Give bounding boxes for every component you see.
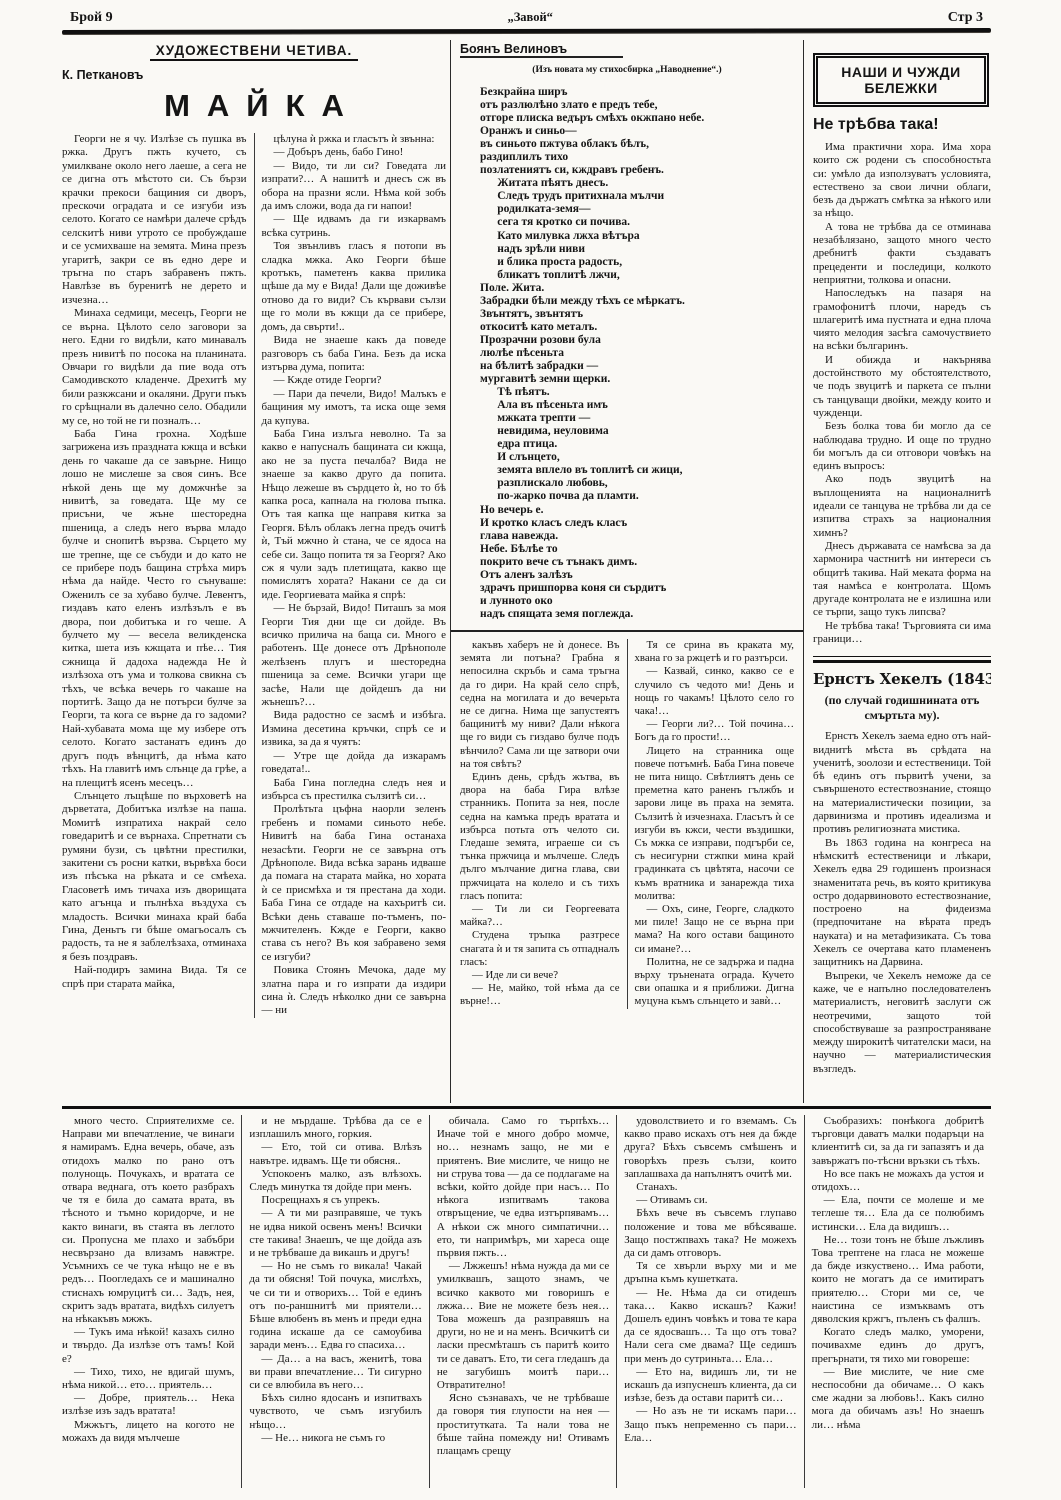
obituary-paragraph: Въ 1863 година на конгреса на нѣмскитѣ е… xyxy=(813,837,991,970)
bottom-column-2: и не мърдаше. Трѣбва да се е изплашилъ м… xyxy=(241,1115,428,1488)
poem-line: Отъ аленъ залѣзъ xyxy=(480,569,794,582)
poem-line: и лунното око xyxy=(480,595,794,608)
poet-name-wrap: Боянъ Велиновъ xyxy=(460,40,794,58)
poem-line: Оранжъ и синьо— xyxy=(480,125,794,138)
story-section: ХУДОЖЕСТВЕНИ ЧЕТИВА. К. Петкановъ МАЙКА … xyxy=(62,40,446,1103)
poem-line: родилката-земя— xyxy=(480,203,794,216)
story-column-1: Георги не я чу. Излѣзе съ пушка въ ржка.… xyxy=(62,133,254,1018)
obituary-body: Ернстъ Хекелъ заема едно отъ най-виднитѣ… xyxy=(813,730,991,1076)
story-paragraph: — Ти ли си Георгеевата майка?… xyxy=(460,903,620,929)
note-paragraph: Днесъ държавата се намѣсва за да хармони… xyxy=(813,540,991,620)
notes-box-title: НАШИ И ЧУЖДИ БЕЛЕЖКИ xyxy=(813,53,989,107)
obituary-title: Ернстъ Хекелъ (1843-1895) xyxy=(813,670,991,688)
bottom-paragraph: — Да… а на васъ, женитѣ, това ви прави в… xyxy=(249,1353,421,1393)
story-paragraph: — Охъ, сине, Георге, сладкото ми пиле! З… xyxy=(635,903,795,956)
poem-source-note: (Изъ новата му стихосбирка „Наводнение“.… xyxy=(460,65,794,75)
bottom-paragraph: — Тукъ има нѣкой! казахъ силно и твърдо.… xyxy=(62,1326,234,1366)
bottom-paragraph: Съобразихъ: понѣкога добритѣ търговци да… xyxy=(812,1115,984,1168)
story-column-4: Тя се срина въ краката му, хвана го за р… xyxy=(627,639,795,1009)
bottom-paragraph: Посрещнахъ я съ упрекъ. xyxy=(249,1194,421,1207)
story-title: МАЙКА xyxy=(62,88,446,124)
story-paragraph: Минаха седмици, месецъ, Георги не се вър… xyxy=(62,307,247,428)
poem-line: здрачъ пришпорва коня си сърдитъ xyxy=(480,582,794,595)
poem-line: Прозрачни розови була xyxy=(480,334,794,347)
bottom-paragraph: обичала. Само го търпѣхъ… Иначе той е мн… xyxy=(437,1115,609,1260)
main-content: ХУДОЖЕСТВЕНИ ЧЕТИВА. К. Петкановъ МАЙКА … xyxy=(62,40,991,1103)
poem-line: глава навежда. xyxy=(480,530,794,543)
bottom-paragraph: Ясно съзнавахъ, че не трѣбваше да говоря… xyxy=(437,1392,609,1458)
bottom-paragraph: удоволствието и го вземамъ. Съ какво пра… xyxy=(624,1115,796,1181)
poem-story-divider xyxy=(451,630,803,632)
bottom-paragraph: и не мърдаше. Трѣбва да се е изплашилъ м… xyxy=(249,1115,421,1141)
bottom-section-divider xyxy=(62,1106,991,1109)
story-paragraph: — Кжде отиде Георги? xyxy=(262,374,447,387)
poem-body: Безкрайна ширъотъ разлюлѣно злато е пред… xyxy=(460,86,794,621)
story-paragraph: Пролѣтьта цъфна наорли зеленъ гребенъ и … xyxy=(262,803,447,964)
bottom-paragraph: — Ето, той си отива. Влѣзъ навътре. идва… xyxy=(249,1141,421,1167)
articles-divider xyxy=(813,656,991,663)
note-paragraph: Безъ болка това би могло да се наблюдава… xyxy=(813,420,991,473)
bottom-column-3: обичала. Само го търпѣхъ… Иначе той е мн… xyxy=(429,1115,616,1488)
poem-line: и блика проста радость, xyxy=(480,256,794,269)
note-paragraph: Ако подъ звуцитѣ на въплощенията на наци… xyxy=(813,473,991,539)
poem-line: въ синьото пжтува облакъ бѣлъ, xyxy=(480,138,794,151)
bottom-paragraph: — Ето на, видишъ ли, ти не искашъ да изп… xyxy=(624,1366,796,1406)
bottom-paragraph: — Ела, почти се молеше и ме теглеше тя… … xyxy=(812,1194,984,1234)
story-paragraph: — Казвай, синко, какво се е случило съ ч… xyxy=(635,665,795,718)
page-number: Стр 3 xyxy=(948,10,983,26)
story-author: К. Петкановъ xyxy=(62,68,446,82)
story-column-2: цѣлуна ѝ ржка и гласътъ ѝ звънна:— Добър… xyxy=(254,133,447,1018)
section-header: ХУДОЖЕСТВЕНИ ЧЕТИВА. xyxy=(62,42,446,61)
poem-line: отъ разлюлѣно злато е предъ тебе, xyxy=(480,99,794,112)
poem-line: на бѣлитѣ забрадки — xyxy=(480,360,794,373)
bottom-paragraph: Но все пакъ не можахъ да устоя и отидохъ… xyxy=(812,1168,984,1194)
story-paragraph: — Утре ще дойда да изкарамъ говедата!.. xyxy=(262,750,447,777)
story-paragraph: Тоя звънливъ гласъ я потопи въ сладка мж… xyxy=(262,240,447,334)
poem-line: сега тя кротко си почива. xyxy=(480,216,794,229)
poem-line: по-жарко почва да пламти. xyxy=(480,490,794,503)
poem-line: позлатениятъ си, кждравъ гребенъ. xyxy=(480,164,794,177)
poem-line: Ала въ пѣсеньта имъ xyxy=(480,399,794,412)
note-paragraph: Има практични хора. Има хора които сж ро… xyxy=(813,141,991,221)
bottom-paragraph: — Не. Нѣма да си отидешъ така… Какво иск… xyxy=(624,1287,796,1366)
story-paragraph: — Иде ли си вече? xyxy=(460,969,620,982)
bottom-paragraph: Когато следъ малко, уморени, почивахме е… xyxy=(812,1326,984,1366)
story-column-3: какъвъ хаберъ не ѝ донесе. Въ земята ли … xyxy=(460,639,627,1009)
story-paragraph: Политна, не се задържа и падна върху тръ… xyxy=(635,956,795,1009)
poem-line: Но вечерь е. xyxy=(480,504,794,517)
note-paragraph: И обижда и накърнява достойнството му об… xyxy=(813,354,991,420)
bottom-paragraph: Станахъ. xyxy=(624,1181,796,1194)
bottom-column-4: удоволствието и го вземамъ. Съ какво пра… xyxy=(616,1115,803,1488)
poem-line: надъ зрѣли ниви xyxy=(480,243,794,256)
story-paragraph: Повика Стоянъ Мечока, даде му златна пар… xyxy=(262,964,447,1018)
poem-line: Житата пѣятъ днесъ. xyxy=(480,177,794,190)
poem-line: надъ спящата земя поглежда. xyxy=(480,608,794,621)
bottom-section: много често. Сприятелихме се. Направи ми… xyxy=(62,1115,991,1488)
story-paragraph: Вида не знаеше какъ да поведе разговоръ … xyxy=(262,334,447,374)
bottom-paragraph: — Но азъ не ти искамъ пари… Защо пъкъ не… xyxy=(624,1405,796,1445)
poet-name: Боянъ Велиновъ xyxy=(460,42,623,58)
page-header: Брой 9 „Завой“ Стр 3 xyxy=(62,10,991,26)
poem-line: невидима, неуловима xyxy=(480,425,794,438)
story-paragraph: Вида радостно се засмѣ и избѣга. Измина … xyxy=(262,709,447,749)
poem-section: Боянъ Велиновъ (Изъ новата му стихосбирк… xyxy=(450,40,804,1103)
poem-line: Следъ трудъ притихнала мълчи xyxy=(480,190,794,203)
issue-number: Брой 9 xyxy=(70,10,113,26)
note-paragraph: Напоследъкъ на пазаря на грамофонитѣ пло… xyxy=(813,287,991,353)
bottom-column-5: Съобразихъ: понѣкога добритѣ търговци да… xyxy=(804,1115,991,1488)
story-paragraph: Тя се срина въ краката му, хвана го за р… xyxy=(635,639,795,665)
bottom-paragraph: — Добре, приятель… Нека излѣзе изъ задъ … xyxy=(62,1392,234,1418)
poem-line: земята вплело въ топлитѣ си жици, xyxy=(480,464,794,477)
note-article-body: Има практични хора. Има хора които сж ро… xyxy=(813,141,991,646)
story-paragraph: — Георги ли?… Той почина… Богъ да го про… xyxy=(635,718,795,744)
poem-line: мургавитѣ земни щерки. xyxy=(480,373,794,386)
poem-line: И слънцето, xyxy=(480,451,794,464)
story-paragraph: — Добъръ день, бабо Гино! xyxy=(262,146,447,159)
poem-line: И кротко класъ следъ класъ xyxy=(480,517,794,530)
bottom-paragraph: много често. Сприятелихме се. Направи ми… xyxy=(62,1115,234,1326)
section-header-label: ХУДОЖЕСТВЕНИ ЧЕТИВА. xyxy=(150,43,359,61)
poem-line: Като милувка лжха вѣтъра xyxy=(480,230,794,243)
obituary-paragraph: Въпреки, че Хекелъ неможе да се каже, че… xyxy=(813,970,991,1076)
poem-line: покрито вече съ тънакъ димъ. xyxy=(480,556,794,569)
story-paragraph: — Пари да печели, Видо! Малъкъ е бащиния… xyxy=(262,388,447,428)
story-continuation-columns: какъвъ хаберъ не ѝ донесе. Въ земята ли … xyxy=(460,639,794,1009)
story-paragraph: какъвъ хаберъ не ѝ донесе. Въ земята ли … xyxy=(460,639,620,771)
story-paragraph: Най-подиръ замина Вида. Тя се спрѣ при с… xyxy=(62,964,247,991)
bottom-paragraph: — Но не съмъ го викала! Чакай да ти обяс… xyxy=(249,1260,421,1352)
bottom-paragraph: Бѣхъ силно ядосанъ и изпитвахъ чувството… xyxy=(249,1392,421,1432)
story-paragraph: Георги не я чу. Излѣзе съ пушка въ ржка.… xyxy=(62,133,247,307)
bottom-paragraph: Успокоенъ малко, азъ влѣзохъ. Следъ мину… xyxy=(249,1168,421,1194)
bottom-paragraph: — А ти ми разправяше, че тукъ не идва ни… xyxy=(249,1207,421,1260)
story-paragraph: цѣлуна ѝ ржка и гласътъ ѝ звънна: xyxy=(262,133,447,146)
poem-line: Забрадки бѣли между тѣхъ се мѣркатъ. xyxy=(480,295,794,308)
bottom-paragraph: — Не… никога не съмъ го xyxy=(249,1432,421,1445)
poem-line: отгоре плиска ведъръ смѣхъ окжпано небе. xyxy=(480,112,794,125)
poem-line: откоситѣ като металъ. xyxy=(480,321,794,334)
poem-line: разплискало любовь, xyxy=(480,477,794,490)
bottom-paragraph: — Тихо, тихо, не вдигай шумъ, нѣма никой… xyxy=(62,1366,234,1392)
masthead-title: „Завой“ xyxy=(507,10,552,25)
story-paragraph: Баба Гина погледна следъ нея и избърса с… xyxy=(262,777,447,804)
story-paragraph: Лицето на странника още повече потъмнѣ. … xyxy=(635,745,795,903)
poem-line: Безкрайна ширъ xyxy=(480,86,794,99)
masthead-rule xyxy=(62,28,991,34)
note-paragraph: Не трѣбва така! Търговията си има границ… xyxy=(813,620,991,647)
poem-line: Звънтятъ, звънтятъ xyxy=(480,308,794,321)
poem-line: бликатъ топлитѣ лжчи, xyxy=(480,269,794,282)
newspaper-page: Брой 9 „Завой“ Стр 3 ХУДОЖЕСТВЕНИ ЧЕТИВА… xyxy=(0,0,1061,1500)
note-paragraph: А това не трѣбва да се отминава незабѣля… xyxy=(813,221,991,287)
poem-line: Небе. Бѣлѣе то xyxy=(480,543,794,556)
poem-line: Тѣ пѣятъ. xyxy=(480,386,794,399)
note-article-title: Не трѣбва така! xyxy=(813,116,991,134)
notes-column: НАШИ И ЧУЖДИ БЕЛЕЖКИ Не трѣбва така! Има… xyxy=(804,40,991,1103)
bottom-paragraph: — Лжжешъ! нѣма нужда да ми се умилквашъ,… xyxy=(437,1260,609,1392)
obituary-subtitle: (по случай годишнината отъ смъртьта му). xyxy=(813,693,991,722)
bottom-paragraph: Бѣхъ вече въ съвсемъ глупаво положение и… xyxy=(624,1207,796,1260)
bottom-paragraph: Тя се хвърли върху ми и ме дръпна къмъ к… xyxy=(624,1260,796,1286)
bottom-paragraph: — Отивамъ си. xyxy=(624,1194,796,1207)
story-paragraph: Единъ день, срѣдъ жътва, въ двора на баб… xyxy=(460,771,620,903)
story-paragraph: — Не, майко, той нѣма да се върне!… xyxy=(460,982,620,1008)
bottom-paragraph: — Вие мислите, че ние сме неспособни да … xyxy=(812,1366,984,1432)
obituary-paragraph: Ернстъ Хекелъ заема едно отъ най-виднитѣ… xyxy=(813,730,991,836)
bottom-paragraph: Не… този тонъ не бѣше лъжливъ Това трепт… xyxy=(812,1234,984,1326)
story-paragraph: — Ще идвамъ да ги изкарвамъ всѣка сутрин… xyxy=(262,213,447,240)
story-columns: Георги не я чу. Излѣзе съ пушка въ ржка.… xyxy=(62,133,446,1018)
story-paragraph: Слънцето лъщѣше по върховетѣ на дърветат… xyxy=(62,790,247,964)
poem-line: люлѣе пѣсеньта xyxy=(480,347,794,360)
story-paragraph: Студена тръпка разтресе снагата ѝ и тя з… xyxy=(460,929,620,969)
story-paragraph: — Видо, ти ли си? Говедата ли изпрати?… … xyxy=(262,160,447,214)
story-paragraph: — Не бързай, Видо! Питашъ за моя Георги … xyxy=(262,602,447,709)
poem-line: едра птица. xyxy=(480,438,794,451)
poem-line: раздиплилъ тихо xyxy=(480,151,794,164)
bottom-column-1: много често. Сприятелихме се. Направи ми… xyxy=(62,1115,241,1488)
poem-line: Поле. Жита. xyxy=(480,282,794,295)
story-paragraph: Баба Гина излъга неволно. Та за какво е … xyxy=(262,428,447,602)
story-paragraph: Баба Гина грохна. Ходѣше загрижена изъ п… xyxy=(62,428,247,790)
poem-line: мжката трепти — xyxy=(480,412,794,425)
bottom-paragraph: Мжжътъ, лицето на когото не можахъ да ви… xyxy=(62,1419,234,1445)
